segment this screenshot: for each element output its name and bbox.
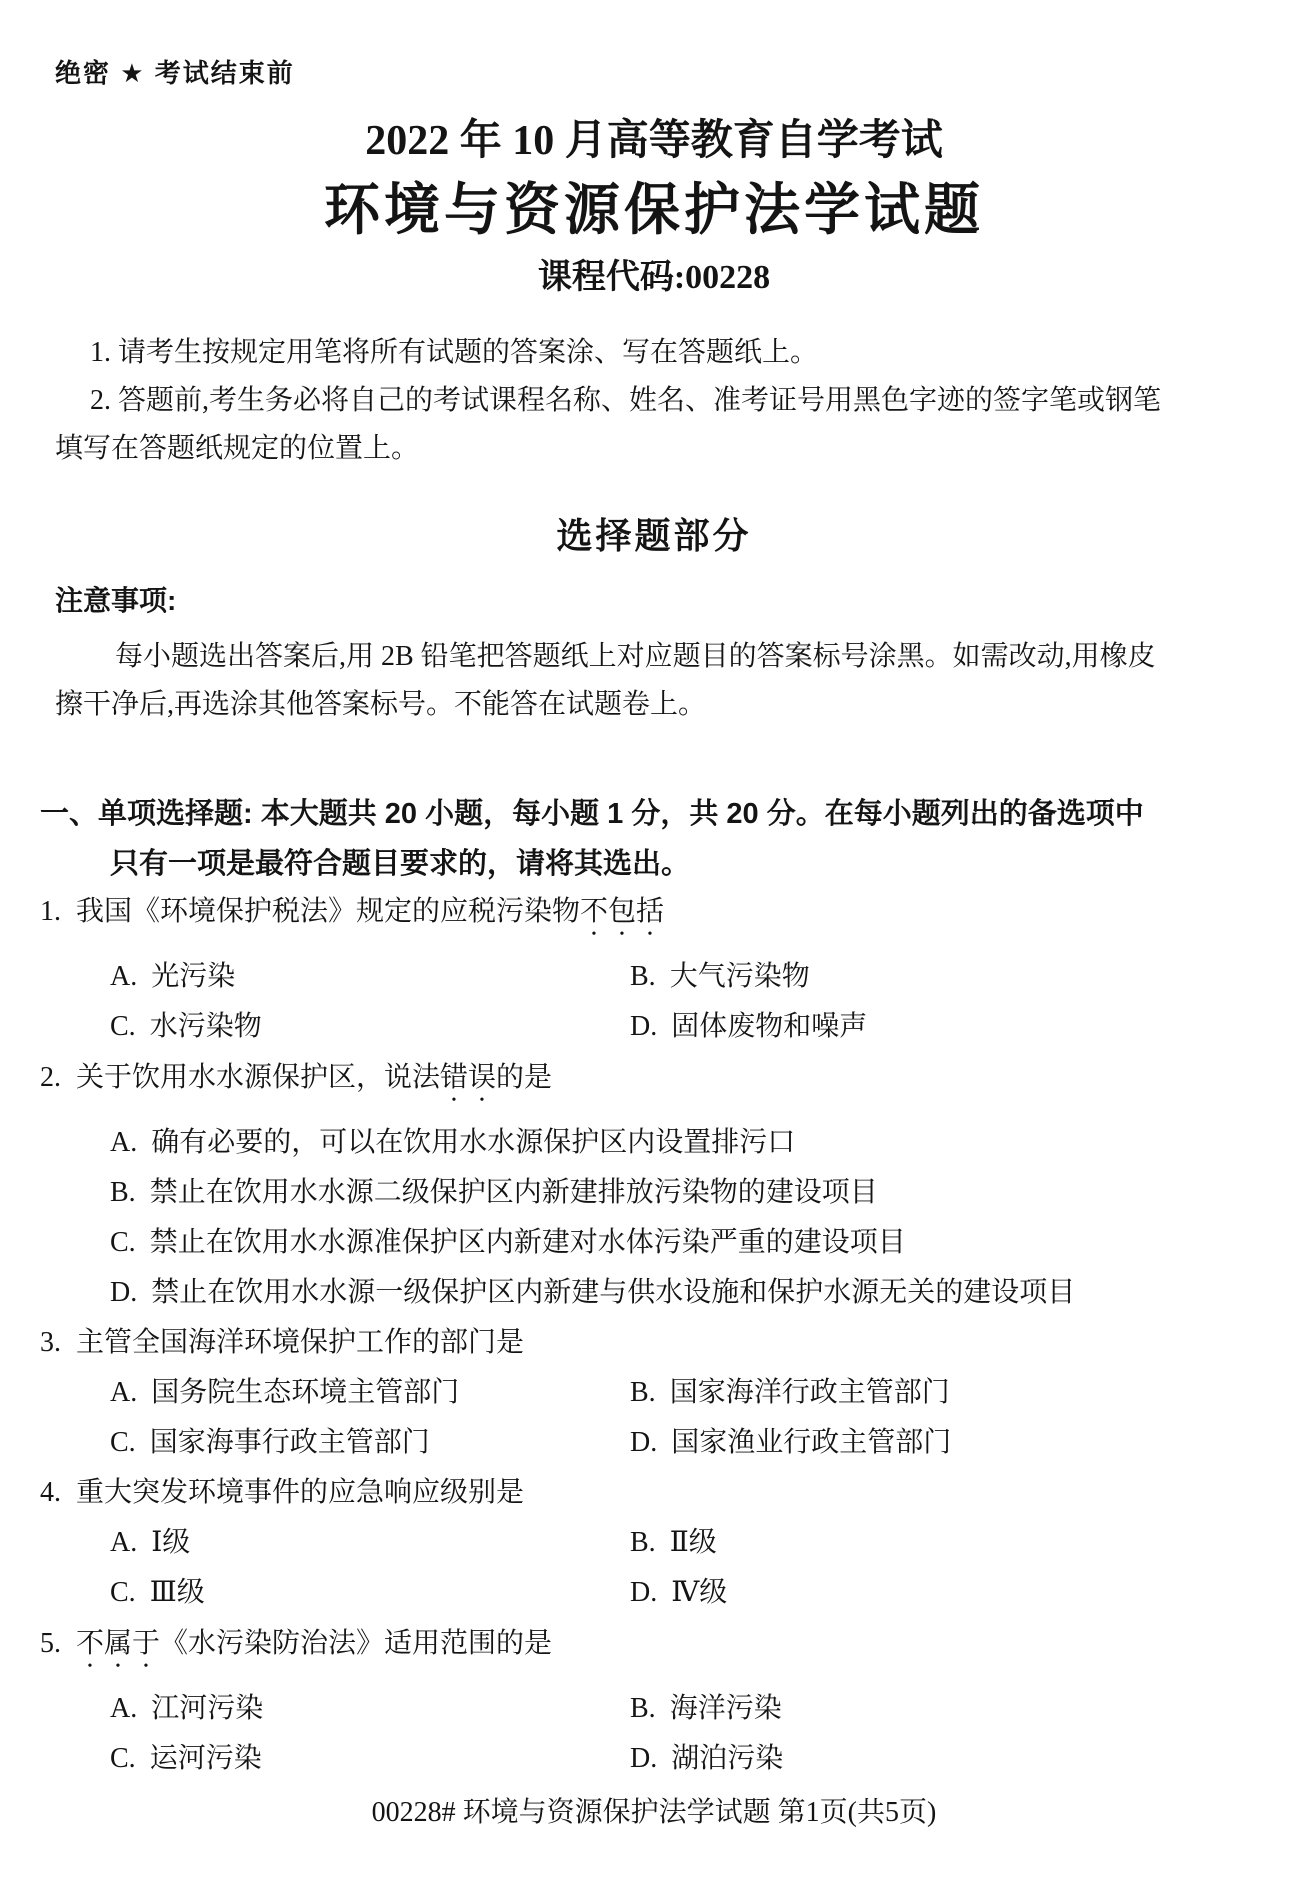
option-label: C. (110, 1227, 136, 1258)
question-stem: 4.重大突发环境事件的应急响应级别是 (40, 1478, 1268, 1508)
option-label: C. (110, 1743, 136, 1774)
option-label: D. (630, 1011, 657, 1042)
option-text: 大气污染物 (670, 961, 810, 992)
option-label: A. (110, 961, 137, 992)
option-label: B. (630, 1527, 656, 1558)
stem-emphasized: 错误 (440, 1062, 496, 1093)
option-text: Ⅰ级 (151, 1527, 190, 1558)
section-heading-line: 只有一项是最符合题目要求的，请将其选出。 (110, 846, 1268, 882)
option-row: A.确有必要的，可以在饮用水水源保护区内设置排污口 (110, 1128, 1268, 1158)
option: B.大气污染物 (630, 962, 1268, 992)
option: D.国家渔业行政主管部门 (630, 1428, 1268, 1458)
option-text: 国家渔业行政主管部门 (671, 1427, 951, 1458)
stem-emphasized: 不属于 (76, 1628, 160, 1659)
option-text: 禁止在饮用水水源二级保护区内新建排放污染物的建设项目 (150, 1177, 878, 1208)
section-heading-line: 一、单项选择题: 本大题共 20 小题，每小题 1 分，共 20 分。在每小题列… (40, 796, 1268, 832)
stem-text: 的是 (496, 1062, 552, 1093)
exam-title: 环境与资源保护法学试题 (0, 178, 1308, 244)
option-label: B. (630, 1693, 656, 1724)
question: 4.重大突发环境事件的应急响应级别是A.Ⅰ级B.Ⅱ级C.Ⅲ级D.Ⅳ级 (40, 1478, 1268, 1608)
option-label: B. (110, 1177, 136, 1208)
option-text: 国家海洋行政主管部门 (670, 1377, 950, 1408)
instruction-item: 2. 答题前,考生务必将自己的考试课程名称、姓名、准考证号用黑色字迹的签字笔或钢… (55, 386, 1253, 464)
stem-text: 重大突发环境事件的应急响应级别是 (76, 1477, 524, 1508)
option-row: A.江河污染B.海洋污染 (110, 1694, 1268, 1724)
option-text: 海洋污染 (670, 1693, 782, 1724)
questions-list: 1.我国《环境保护税法》规定的应税污染物不包括A.光污染B.大气污染物C.水污染… (0, 896, 1308, 1774)
instruction-line: 填写在答题纸规定的位置上。 (55, 434, 1253, 464)
option-label: A. (110, 1377, 137, 1408)
option: C.运河污染 (110, 1744, 630, 1774)
instruction-line: 1. 请考生按规定用笔将所有试题的答案涂、写在答题纸上。 (55, 338, 1253, 368)
question-stem: 5.不属于《水污染防治法》适用范围的是 (40, 1628, 1268, 1674)
option: D.禁止在饮用水水源一级保护区内新建与供水设施和保护水源无关的建设项目 (110, 1277, 1075, 1308)
option: C.水污染物 (110, 1012, 630, 1042)
option-label: C. (110, 1577, 136, 1608)
question-number: 4. (40, 1478, 76, 1508)
option-text: 确有必要的，可以在饮用水水源保护区内设置排污口 (151, 1127, 795, 1158)
option-text: 光污染 (151, 961, 235, 992)
section-one-heading: 一、单项选择题: 本大题共 20 小题，每小题 1 分，共 20 分。在每小题列… (0, 796, 1308, 882)
option-text: 水污染物 (150, 1011, 262, 1042)
stem-emphasized: 不包括 (580, 896, 664, 927)
option-row: D.禁止在饮用水水源一级保护区内新建与供水设施和保护水源无关的建设项目 (110, 1278, 1268, 1308)
option: C.禁止在饮用水水源准保护区内新建对水体污染严重的建设项目 (110, 1227, 906, 1258)
option-row: A.光污染B.大气污染物 (110, 962, 1268, 992)
option-label: B. (630, 961, 656, 992)
option-label: A. (110, 1693, 137, 1724)
stem-text: 关于饮用水水源保护区，说法 (76, 1062, 440, 1093)
question-stem: 1.我国《环境保护税法》规定的应税污染物不包括 (40, 896, 1268, 942)
option-label: D. (110, 1277, 137, 1308)
option-label: D. (630, 1427, 657, 1458)
note-line: 每小题选出答案后,用 2B 铅笔把答题纸上对应题目的答案标号涂黑。如需改动,用橡… (55, 642, 1253, 672)
option-text: 固体废物和噪声 (671, 1011, 867, 1042)
instruction-line: 2. 答题前,考生务必将自己的考试课程名称、姓名、准考证号用黑色字迹的签字笔或钢… (55, 386, 1253, 416)
course-code: 课程代码:00228 (0, 258, 1308, 298)
general-instructions: 1. 请考生按规定用笔将所有试题的答案涂、写在答题纸上。2. 答题前,考生务必将… (0, 338, 1308, 464)
option-label: C. (110, 1011, 136, 1042)
option: B.国家海洋行政主管部门 (630, 1378, 1268, 1408)
instruction-item: 1. 请考生按规定用笔将所有试题的答案涂、写在答题纸上。 (55, 338, 1253, 368)
option-text: Ⅳ级 (671, 1577, 727, 1608)
exam-paper-page: 绝密 ★ 考试结束前 2022 年 10 月高等教育自学考试 环境与资源保护法学… (0, 0, 1308, 1904)
option: B.Ⅱ级 (630, 1528, 1268, 1558)
question-stem: 2.关于饮用水水源保护区，说法错误的是 (40, 1062, 1268, 1108)
option-text: 国家海事行政主管部门 (150, 1427, 430, 1458)
option-text: 运河污染 (150, 1743, 262, 1774)
option-label: B. (630, 1377, 656, 1408)
option-text: Ⅲ级 (150, 1577, 205, 1608)
question: 1.我国《环境保护税法》规定的应税污染物不包括A.光污染B.大气污染物C.水污染… (40, 896, 1268, 1042)
option-label: D. (630, 1577, 657, 1608)
part-title: 选择题部分 (0, 514, 1308, 558)
option: B.禁止在饮用水水源二级保护区内新建排放污染物的建设项目 (110, 1177, 878, 1208)
option: A.光污染 (110, 962, 630, 992)
note-line: 擦干净后,再选涂其他答案标号。不能答在试题卷上。 (55, 690, 1253, 720)
option-row: C.水污染物D.固体废物和噪声 (110, 1012, 1268, 1042)
page-footer: 00228# 环境与资源保护法学试题 第1页(共5页) (0, 1798, 1308, 1828)
option-text: 禁止在饮用水水源一级保护区内新建与供水设施和保护水源无关的建设项目 (151, 1277, 1075, 1308)
option: A.确有必要的，可以在饮用水水源保护区内设置排污口 (110, 1127, 795, 1158)
question-number: 1. (40, 897, 76, 927)
notes-heading: 注意事项: (55, 586, 1253, 616)
question-number: 2. (40, 1063, 76, 1093)
option: B.海洋污染 (630, 1694, 1268, 1724)
option-label: D. (630, 1743, 657, 1774)
option-text: Ⅱ级 (670, 1527, 717, 1558)
option-label: A. (110, 1527, 137, 1558)
stem-text: 《水污染防治法》适用范围的是 (160, 1628, 552, 1659)
option: D.Ⅳ级 (630, 1578, 1268, 1608)
question: 5.不属于《水污染防治法》适用范围的是A.江河污染B.海洋污染C.运河污染D.湖… (40, 1628, 1268, 1774)
question: 3.主管全国海洋环境保护工作的部门是A.国务院生态环境主管部门B.国家海洋行政主… (40, 1328, 1268, 1458)
notes-body: 每小题选出答案后,用 2B 铅笔把答题纸上对应题目的答案标号涂黑。如需改动,用橡… (55, 642, 1253, 720)
option-text: 禁止在饮用水水源准保护区内新建对水体污染严重的建设项目 (150, 1227, 906, 1258)
option-text: 湖泊污染 (671, 1743, 783, 1774)
option-row: C.运河污染D.湖泊污染 (110, 1744, 1268, 1774)
option: D.湖泊污染 (630, 1744, 1268, 1774)
question-number: 3. (40, 1328, 76, 1358)
option: A.江河污染 (110, 1694, 630, 1724)
stem-text: 我国《环境保护税法》规定的应税污染物 (76, 896, 580, 927)
option: A.国务院生态环境主管部门 (110, 1378, 630, 1408)
option: C.Ⅲ级 (110, 1578, 630, 1608)
option-row: C.Ⅲ级D.Ⅳ级 (110, 1578, 1268, 1608)
classification-banner: 绝密 ★ 考试结束前 (55, 58, 1308, 88)
option: A.Ⅰ级 (110, 1528, 630, 1558)
option-text: 江河污染 (151, 1693, 263, 1724)
option-row: B.禁止在饮用水水源二级保护区内新建排放污染物的建设项目 (110, 1178, 1268, 1208)
option-row: A.Ⅰ级B.Ⅱ级 (110, 1528, 1268, 1558)
notes-section: 注意事项: 每小题选出答案后,用 2B 铅笔把答题纸上对应题目的答案标号涂黑。如… (0, 586, 1308, 720)
option: C.国家海事行政主管部门 (110, 1428, 630, 1458)
question-stem: 3.主管全国海洋环境保护工作的部门是 (40, 1328, 1268, 1358)
option-label: A. (110, 1127, 137, 1158)
option-row: C.国家海事行政主管部门D.国家渔业行政主管部门 (110, 1428, 1268, 1458)
option-row: C.禁止在饮用水水源准保护区内新建对水体污染严重的建设项目 (110, 1228, 1268, 1258)
option-text: 国务院生态环境主管部门 (151, 1377, 459, 1408)
option: D.固体废物和噪声 (630, 1012, 1268, 1042)
stem-text: 主管全国海洋环境保护工作的部门是 (76, 1327, 524, 1358)
question: 2.关于饮用水水源保护区，说法错误的是A.确有必要的，可以在饮用水水源保护区内设… (40, 1062, 1268, 1308)
option-row: A.国务院生态环境主管部门B.国家海洋行政主管部门 (110, 1378, 1268, 1408)
exam-session-title: 2022 年 10 月高等教育自学考试 (0, 116, 1308, 166)
option-label: C. (110, 1427, 136, 1458)
question-number: 5. (40, 1629, 76, 1659)
